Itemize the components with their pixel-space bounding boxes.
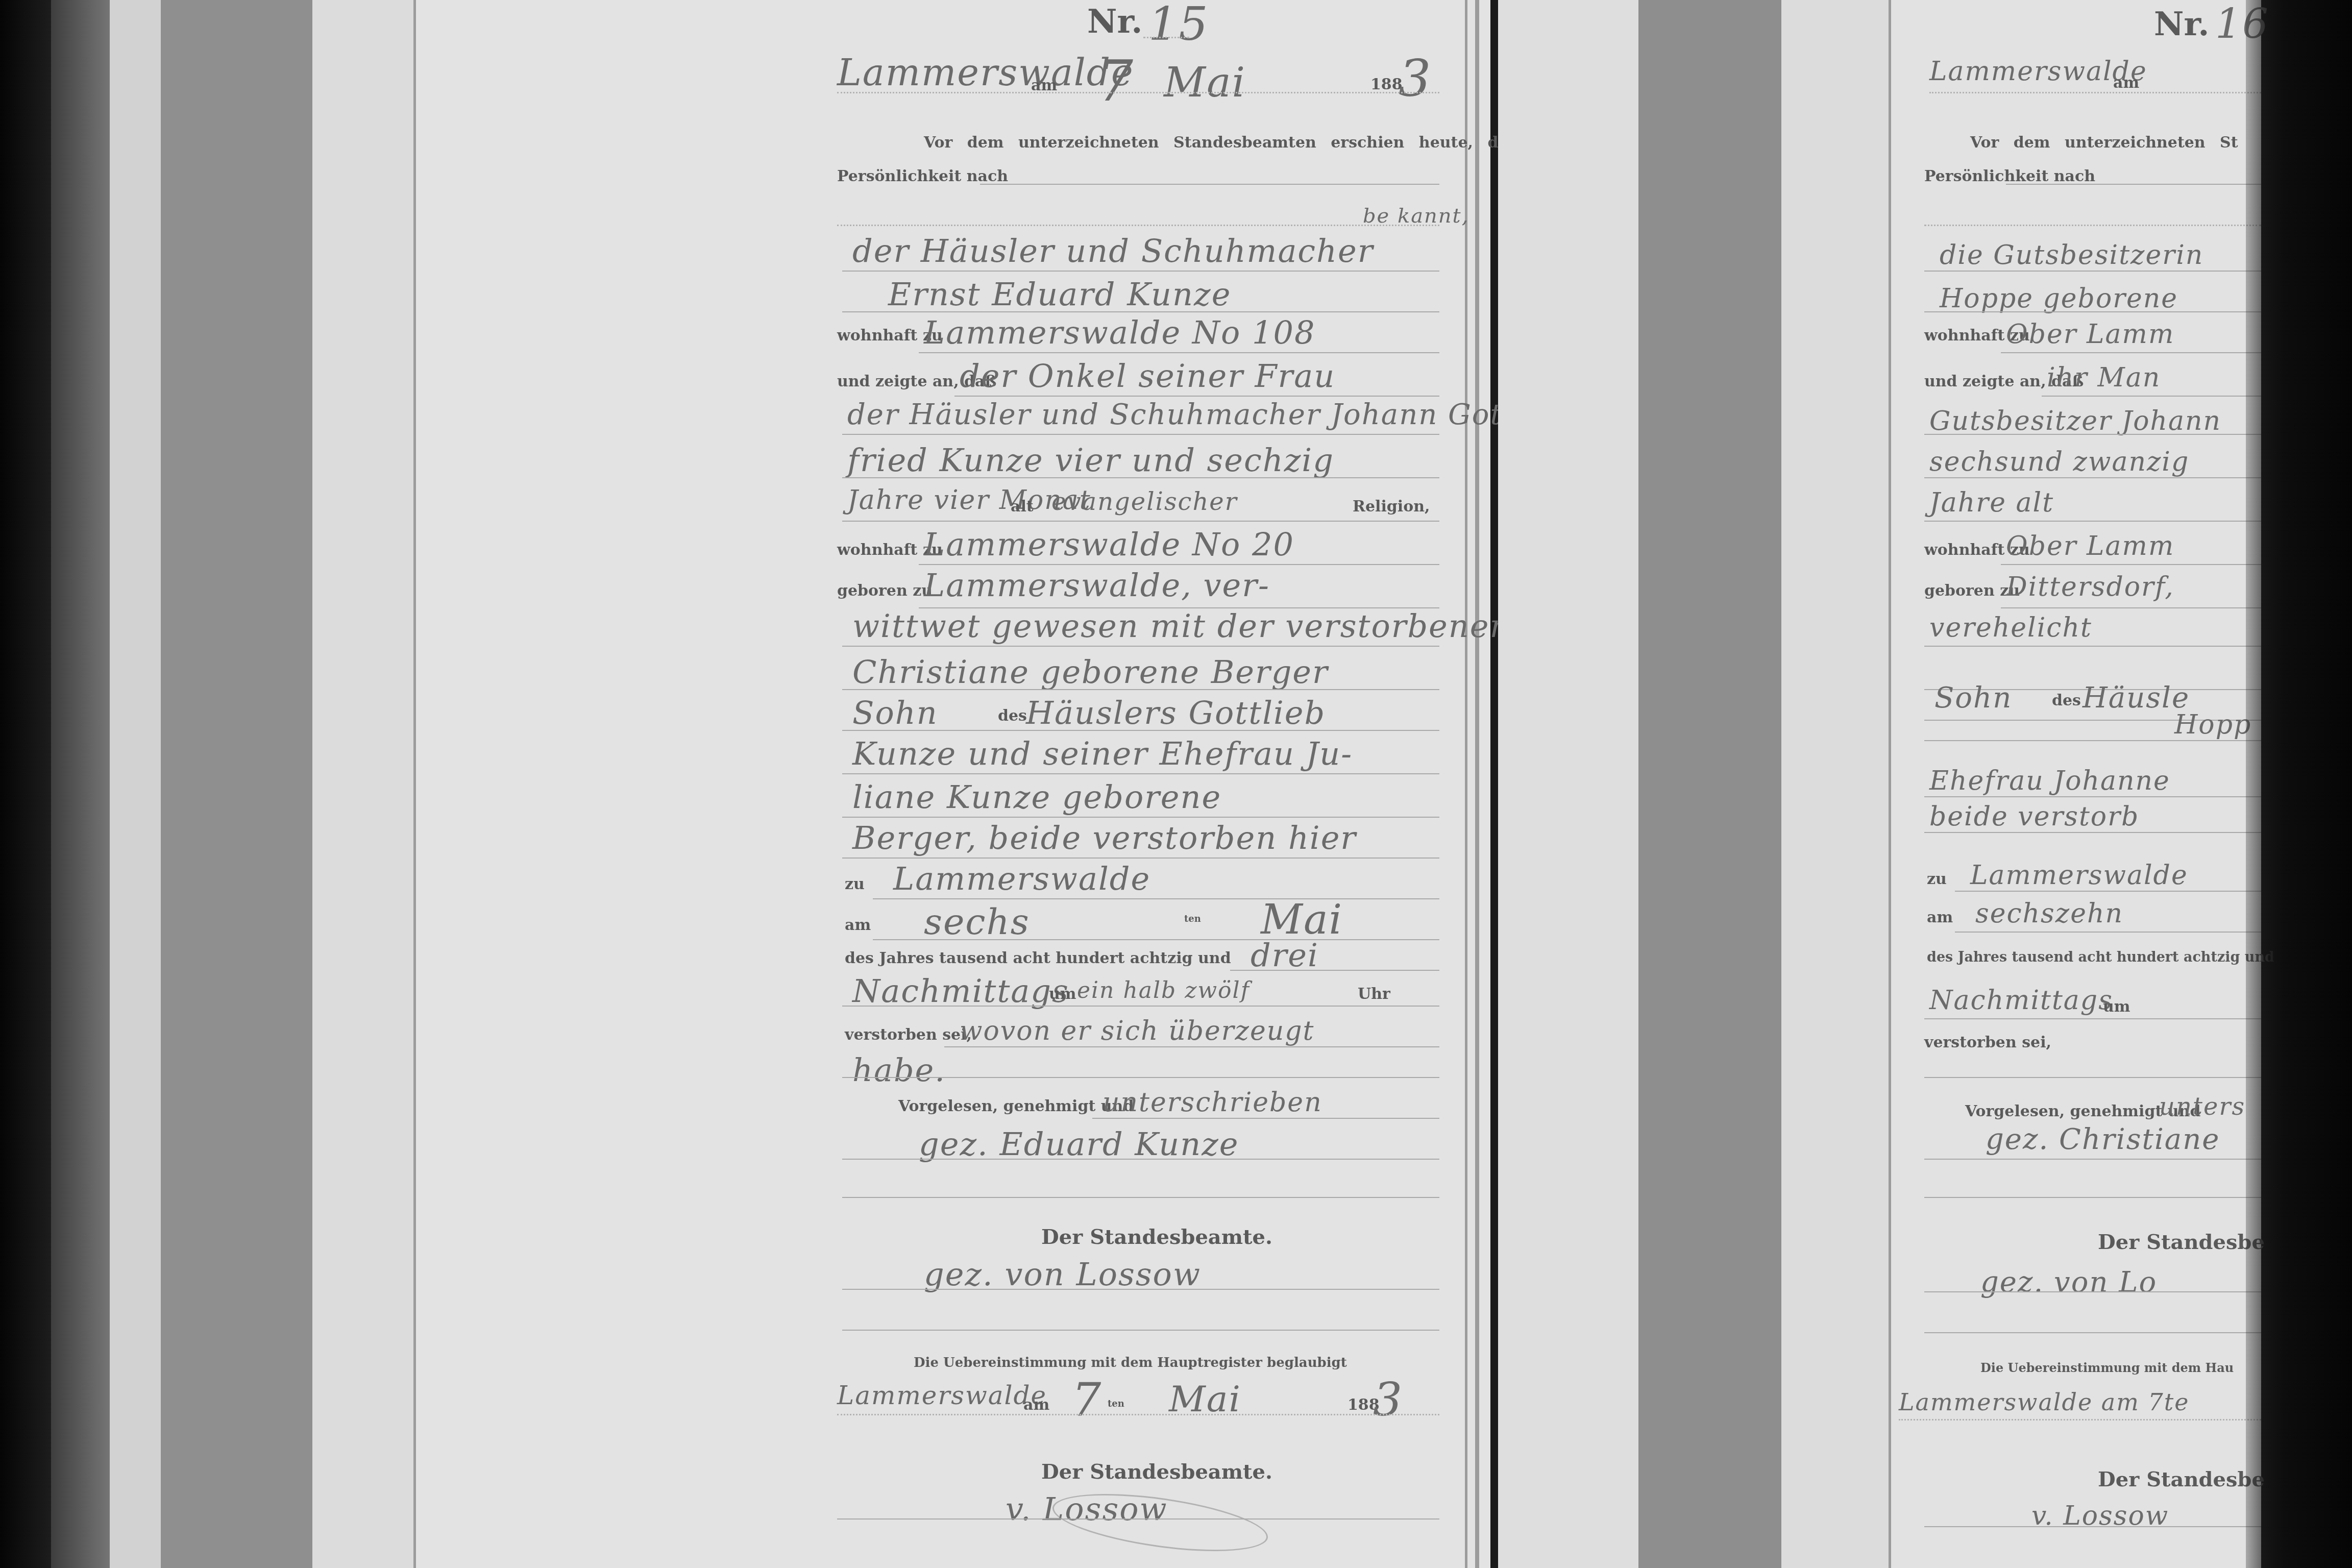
entry-number-label: Nr.	[2154, 5, 2210, 43]
zu-label: zu	[1927, 870, 1947, 888]
father-surname: Hopp	[2174, 709, 2251, 740]
place-date-rule	[837, 92, 1439, 93]
certified-year-suffix: 3	[1373, 1373, 1403, 1427]
rule	[842, 689, 1439, 690]
persoenlichkeit-label: Persönlichkeit nach	[837, 167, 1008, 185]
rule	[1924, 1291, 2261, 1292]
rule	[2006, 184, 2261, 185]
rule	[842, 477, 1439, 478]
day: 7	[1097, 48, 1134, 114]
zu-label: zu	[845, 875, 865, 893]
rule	[980, 184, 1439, 185]
rule	[1924, 1526, 2261, 1527]
jahres-value: drei	[1251, 937, 1319, 974]
rule	[1092, 1118, 1439, 1119]
standesbeamte-title: Der Standesbe	[2098, 1230, 2265, 1254]
rule	[954, 396, 1439, 397]
uebereinstimmung-label: Die Uebereinstimmung mit dem Hau	[1980, 1360, 2234, 1375]
vorgelesen-value: unters	[2159, 1092, 2245, 1121]
rule	[1924, 311, 2261, 312]
rule	[842, 311, 1439, 312]
parents-line-1: Kunze und seiner Ehefrau Ju-	[852, 735, 1353, 772]
rule	[1899, 1419, 2261, 1420]
rule	[944, 1046, 1439, 1047]
rule	[1924, 1197, 2261, 1198]
jahres-label: des Jahres tausend acht hundert achtzig …	[845, 949, 1231, 967]
place: Lammerswalde	[837, 51, 1134, 94]
am-label-2: am	[845, 916, 871, 934]
rule	[1924, 477, 2261, 478]
uhr-label: Uhr	[1358, 985, 1390, 1003]
standesbeamte-title: Der Standesbeamte.	[1041, 1225, 1272, 1249]
rule	[1924, 271, 2261, 272]
line-a: Gutsbesitzer Johann	[1929, 406, 2221, 436]
parents-line-3: Berger, beide verstorben hier	[852, 819, 1357, 856]
death-ten: ten	[1184, 914, 1201, 924]
rule	[1924, 1018, 2261, 1019]
rule	[842, 1197, 1439, 1198]
entry-number: 15	[1148, 0, 1209, 51]
rule	[1230, 970, 1439, 971]
rule	[1924, 521, 2261, 522]
certified-day: 7	[1072, 1373, 1102, 1427]
death-day: sechs	[924, 901, 1030, 943]
gray-divider-strip	[1638, 0, 1781, 1568]
am-label: am	[2113, 74, 2139, 92]
certified-ten: ten	[1108, 1399, 1124, 1409]
line-b: sechsund zwanzig	[1929, 447, 2189, 477]
geboren-label: geboren zu	[837, 582, 933, 600]
alt-label: alt	[1011, 498, 1034, 516]
rule	[1924, 646, 2261, 647]
rule	[842, 521, 1439, 522]
marital-line-2: Christiane geborene Berger	[852, 653, 1329, 691]
geboren-label: geboren zu	[1924, 582, 2020, 600]
wohnhaft2-value: Ober Lamm	[2006, 531, 2174, 561]
certified-place: Lammerswalde	[837, 1381, 1047, 1410]
verstorben-value: wovon er sich überzeugt	[960, 1016, 1314, 1046]
informant-line-1: die Gutsbesitzerin	[1940, 240, 2203, 271]
rule	[837, 225, 1439, 226]
rule	[1955, 891, 2261, 892]
parents-line-2: beide verstorb	[1929, 801, 2139, 832]
time-hour: ein halb zwölf	[1077, 977, 1250, 1003]
wohnhaft-value: Ober Lamm	[2006, 319, 2174, 350]
verstorben-label: verstorben sei,	[845, 1026, 972, 1044]
rule	[2001, 564, 2261, 565]
um-label: um	[1049, 985, 1076, 1003]
rule	[842, 773, 1439, 774]
page-border-left	[1889, 0, 1891, 1568]
rule	[1929, 92, 2261, 93]
rule	[842, 1159, 1439, 1160]
film-edge-shadow-right	[2246, 0, 2352, 1568]
rule	[842, 1289, 1439, 1290]
father-value: Häuslers Gottlieb	[1026, 694, 1326, 731]
rule	[2001, 607, 2261, 608]
film-edge-gradient	[51, 0, 115, 1568]
rule	[842, 646, 1439, 647]
register-page-left: Nr. 15 Lammerswalde am 7 Mai 188 3 Vor d…	[413, 0, 1490, 1568]
line-d: verehelicht	[1929, 612, 2092, 643]
signature-informant: gez. Christiane	[1986, 1123, 2220, 1156]
sohn-value: Sohn	[1934, 681, 2012, 715]
rule	[1955, 932, 2261, 933]
geboren-value: Lammerswalde, ver-	[924, 567, 1270, 604]
standesbeamte-title-2: Der Standesbeamte.	[1041, 1460, 1272, 1484]
wohnhaft2-value: Lammerswalde No 20	[924, 526, 1294, 563]
rule	[842, 817, 1439, 818]
des-label: des	[2052, 692, 2081, 709]
religion-label: Religion,	[1353, 498, 1430, 516]
um-label: um	[2103, 998, 2130, 1016]
intro-line: Vor dem unterzeichneten Standesbeamten e…	[924, 134, 1516, 152]
signature-informant: gez. Eduard Kunze	[919, 1125, 1239, 1163]
verstorben-value-2: habe.	[852, 1051, 946, 1089]
informant-line-2: Hoppe geborene	[1940, 283, 2178, 314]
rule	[2001, 352, 2261, 353]
year-suffix: 3	[1399, 48, 1432, 108]
time-value: Nachmittags	[1929, 985, 2113, 1016]
verstorben-label: verstorben sei,	[1924, 1034, 2051, 1051]
parents-line-1: Ehefrau Johanne	[1929, 766, 2170, 796]
informant-occupation: der Häusler und Schuhmacher	[852, 232, 1374, 269]
persoenlichkeit-label: Persönlichkeit nach	[1924, 167, 2095, 185]
father-value: Häusle	[2082, 681, 2190, 715]
signature-official: gez. von Lossow	[924, 1256, 1201, 1293]
number-rule	[1143, 37, 1189, 38]
rule	[837, 1518, 1439, 1520]
death-day: sechszehn	[1975, 898, 2123, 929]
rule	[837, 1414, 1439, 1415]
zeigte-value: ihr Man	[2047, 362, 2161, 393]
rule	[1924, 832, 2261, 833]
rule	[842, 434, 1439, 435]
signature-official: gez. von Lo	[1980, 1266, 2157, 1299]
rule	[842, 1077, 1439, 1078]
page-margin-right	[1781, 0, 1889, 1568]
zu-value: Lammerswalde	[1970, 860, 2188, 891]
zu-value: Lammerswalde	[893, 860, 1150, 897]
vorgelesen-label: Vorgelesen, genehmigt und	[898, 1097, 1134, 1115]
wohnhaft-value: Lammerswalde No 108	[924, 314, 1315, 351]
rule	[842, 857, 1439, 859]
rule	[919, 352, 1439, 353]
sohn-value: Sohn	[852, 694, 938, 731]
rule	[1924, 1332, 2261, 1333]
vorgelesen-value: unterschrieben	[1102, 1087, 1322, 1118]
page-border-left	[413, 0, 416, 1568]
month: Mai	[1164, 59, 1246, 106]
rule	[1924, 1077, 2261, 1078]
marital-line-1: wittwet gewesen mit der verstorbenen	[852, 607, 1511, 645]
time-value: Nachmittags	[852, 972, 1069, 1010]
intro-line: Vor dem unterzeichneten St	[1970, 134, 2238, 152]
page-gutter	[1498, 0, 1641, 1568]
rule	[842, 271, 1439, 272]
rule	[1924, 740, 2261, 741]
rule	[1924, 796, 2261, 797]
geboren-value: Dittersdorf,	[2006, 572, 2174, 602]
line-c: Jahre alt	[1929, 487, 2054, 518]
deceased-line-2: fried Kunze vier und sechzig	[847, 442, 1334, 479]
page-margin-left	[312, 0, 414, 1568]
page-border-right	[1465, 0, 1467, 1568]
register-page-right: Nr. 16 Lammerswalde am Vor dem unterzeic…	[1889, 0, 2261, 1568]
rule	[873, 939, 1439, 940]
rule	[919, 564, 1439, 565]
parents-line-2: liane Kunze geborene	[852, 778, 1221, 816]
uebereinstimmung-label: Die Uebereinstimmung mit dem Hauptregist…	[914, 1355, 1347, 1370]
gray-gutter-left	[161, 0, 314, 1568]
rule	[2042, 396, 2261, 397]
standesbeamte-title-2: Der Standesbe	[2098, 1467, 2265, 1491]
year-prefix: 188	[1370, 76, 1403, 93]
certified-am: am	[1023, 1396, 1049, 1414]
rule	[842, 1330, 1439, 1331]
rule	[842, 1006, 1439, 1007]
rule	[873, 898, 1439, 899]
religion-value: evangelischer	[1051, 487, 1238, 516]
des-label: des	[998, 707, 1027, 725]
deceased-line-1: der Häusler und Schuhmacher Johann Gott-	[847, 398, 1526, 431]
rule	[1924, 225, 2261, 226]
rule	[842, 730, 1439, 731]
zeigte-value: der Onkel seiner Frau	[960, 357, 1335, 395]
rule	[1924, 434, 2261, 435]
jahres-label: des Jahres tausend acht hundert achtzig …	[1927, 949, 2274, 965]
certified-place: Lammerswalde am 7te	[1899, 1388, 2189, 1416]
informant-name: Ernst Eduard Kunze	[888, 276, 1231, 313]
page-border-right-double	[1475, 0, 1479, 1568]
entry-number-label: Nr.	[1087, 3, 1143, 41]
am-label-2: am	[1927, 909, 1953, 926]
rule	[1924, 1159, 2261, 1160]
margin-strip	[110, 0, 161, 1568]
